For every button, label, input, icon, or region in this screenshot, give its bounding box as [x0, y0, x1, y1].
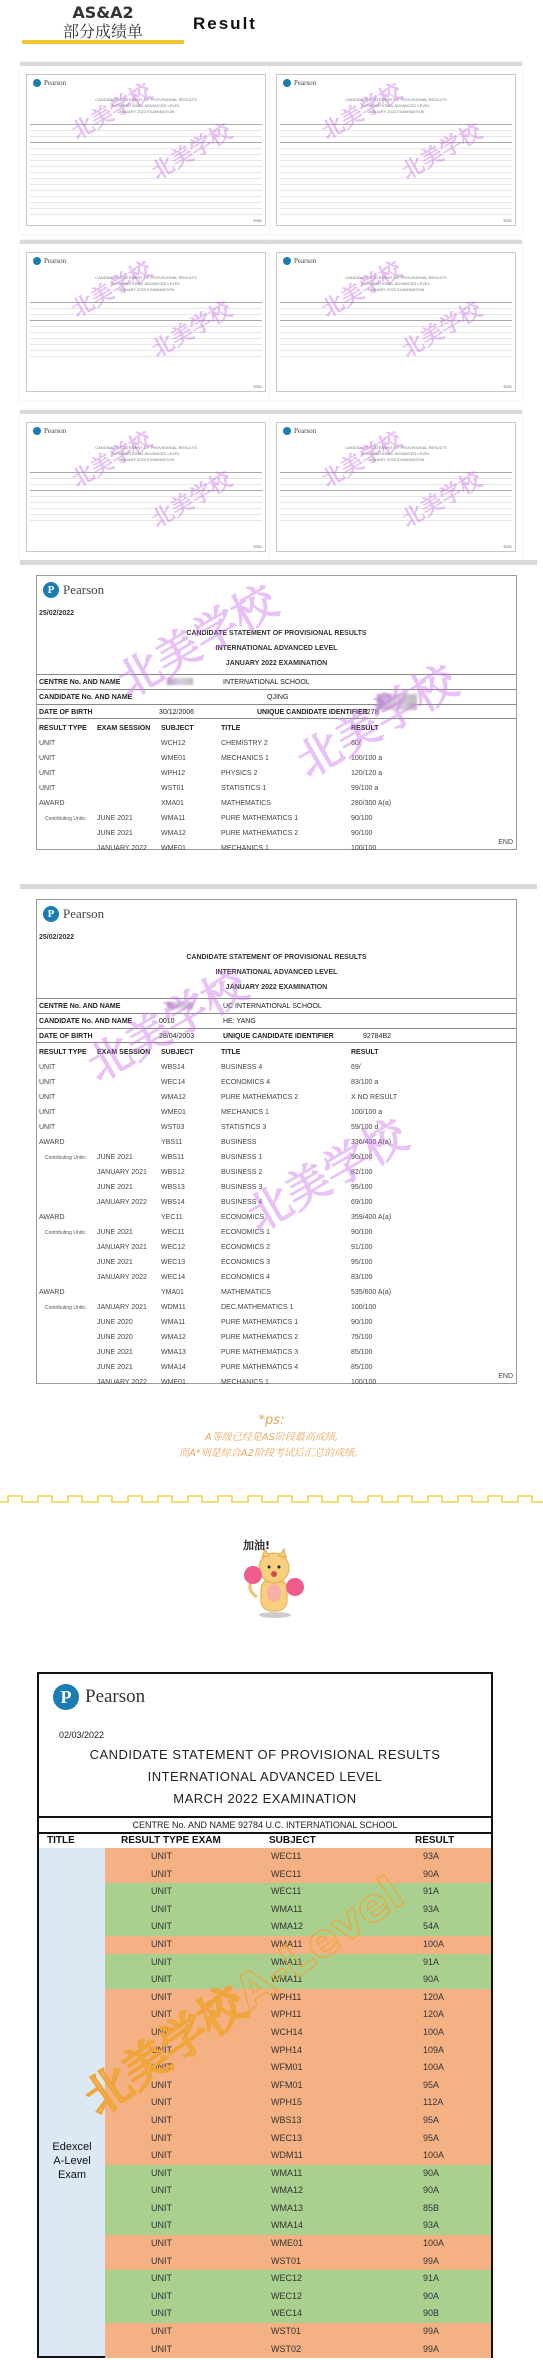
- pearson-logo: Pearson: [283, 427, 316, 435]
- pearson-logo: Pearson: [33, 427, 66, 435]
- result-label: Result: [193, 14, 257, 34]
- pearson-p-icon: [283, 427, 291, 435]
- statement-heading: CANDIDATE STATEMENT OF PROVISIONAL RESUL…: [37, 950, 516, 995]
- pearson-p-icon: P: [43, 906, 59, 922]
- table-row: UNITWEC1190A: [105, 1866, 491, 1884]
- certificate-thumbnail[interactable]: PearsonCANDIDATE STATEMENT OF PROVISIONA…: [270, 240, 522, 400]
- table-row: JANUARY 2021WBS12BUSINESS 282/100: [37, 1165, 399, 1180]
- certificate-1: P Pearson 25/02/2022 CANDIDATE STATEMENT…: [20, 560, 537, 860]
- statement-date: 02/03/2022: [59, 1730, 104, 1740]
- results-rows: UNITWEC1193AUNITWEC1190AUNITWEC1191AUNIT…: [105, 1848, 491, 2358]
- table-row: UNITWMA1385B: [105, 2200, 491, 2218]
- pearson-logo: Pearson: [283, 79, 316, 87]
- table-row: Contributing Units:JANUARY 2021WDM11DEC.…: [37, 1300, 399, 1315]
- table-row: UNITWEC14ECONOMICS 483/100 a: [37, 1075, 399, 1090]
- table-header-row: RESULT TYPEEXAM SESSIONSUBJECTTITLERESUL…: [37, 721, 393, 736]
- title-underline: [22, 40, 184, 44]
- table-row: UNITWEC1290A: [105, 2288, 491, 2306]
- table-row: JANUARY 2022WME01MECHANICS 1100/100: [37, 1375, 399, 1390]
- table-row: UNITWME01MECHANICS 1100/100 a: [37, 751, 393, 766]
- pearson-logo: Pearson: [33, 79, 66, 87]
- table-row: JANUARY 2022WBS14BUSINESS 469/100: [37, 1195, 399, 1210]
- table-row: UNITWDM11100A: [105, 2147, 491, 2165]
- statement-heading: CANDIDATE STATEMENT OF PROVISIONAL RESUL…: [39, 1744, 491, 1810]
- table-row: UNITWST0299A: [105, 2341, 491, 2359]
- centre-line: CENTRE No. AND NAME 92784 U.C. INTERNATI…: [37, 1816, 493, 1834]
- table-row: JUNE 2021WBS13BUSINESS 395/100: [37, 1180, 399, 1195]
- pearson-logo: Pearson: [283, 257, 316, 265]
- pearson-p-icon: P: [53, 1684, 79, 1710]
- table-row: UNITWEC1490B: [105, 2305, 491, 2323]
- pearson-logo: Pearson: [33, 257, 66, 265]
- candidate-info: CENTRE No. AND NAMEUC INTERNATIONAL SCHO…: [37, 998, 516, 1043]
- table-row: AWARDXMA01MATHEMATICS280/300 A(a): [37, 796, 393, 811]
- table-row: UNITWST0199A: [105, 2253, 491, 2271]
- table-row: UNITWMA1493A: [105, 2217, 491, 2235]
- section-title-line1: AS&A2: [22, 4, 184, 22]
- table-row: Contributing Units:JUNE 2021WEC11ECONOMI…: [37, 1225, 399, 1240]
- results-table: RESULT TYPEEXAM SESSIONSUBJECTTITLERESUL…: [37, 1045, 399, 1390]
- table-row: AWARDYMA01MATHEMATICS535/600 A(a): [37, 1285, 399, 1300]
- table-header-row: RESULT TYPEEXAM SESSIONSUBJECTTITLERESUL…: [37, 1045, 399, 1060]
- certificate-thumbnail[interactable]: PearsonCANDIDATE STATEMENT OF PROVISIONA…: [270, 410, 522, 560]
- table-row: UNITWBS1395A: [105, 2112, 491, 2130]
- section-title: AS&A2 部分成绩单: [22, 4, 184, 42]
- certificate-thumbnail[interactable]: PearsonCANDIDATE STATEMENT OF PROVISIONA…: [270, 62, 522, 234]
- table-row: UNITWMA1193A: [105, 1901, 491, 1919]
- section-title-line2: 部分成绩单: [22, 22, 184, 42]
- pearson-p-icon: [283, 79, 291, 87]
- table-row: UNITWST03STATISTICS 359/100 d: [37, 1120, 399, 1135]
- table-row: UNITWPH11120A: [105, 2006, 491, 2024]
- table-row: UNITWMA1191A: [105, 1954, 491, 1972]
- certificate-thumbnail[interactable]: PearsonCANDIDATE STATEMENT OF PROVISIONA…: [20, 62, 272, 234]
- table-row: Contributing Units:JUNE 2021WMA11PURE MA…: [37, 811, 393, 826]
- table-row: UNITWMA1190A: [105, 1971, 491, 1989]
- certificate-thumbnail[interactable]: PearsonCANDIDATE STATEMENT OF PROVISIONA…: [20, 240, 272, 400]
- pearson-p-icon: [283, 257, 291, 265]
- table-row: JUNE 2021WMA13PURE MATHEMATICS 385/100: [37, 1345, 399, 1360]
- table-row: UNITWEC1395A: [105, 2130, 491, 2148]
- table-row: UNITWMA11100A: [105, 1936, 491, 1954]
- table-row: UNITWME01MECHANICS 1100/100 a: [37, 1105, 399, 1120]
- table-row: JANUARY 2021WEC12ECONOMICS 291/100: [37, 1240, 399, 1255]
- pearson-logo: P Pearson: [53, 1684, 145, 1710]
- table-row: UNITWEC1193A: [105, 1848, 491, 1866]
- note: *ps: A等级已经是AS阶段最高成绩, 而A*则是综合A2阶段考试后汇总的成绩…: [0, 1412, 543, 1462]
- table-row: UNITWCH14100A: [105, 2024, 491, 2042]
- table-row: JUNE 2021WEC13ECONOMICS 395/100: [37, 1255, 399, 1270]
- candidate-info: CENTRE No. AND NAMEINTERNATIONAL SCHOOL …: [37, 674, 516, 719]
- table-row: UNITWBS14BUSINESS 469/: [37, 1060, 399, 1075]
- cheering-cat-icon: 加油!: [235, 1535, 310, 1620]
- statement-date: 25/02/2022: [39, 610, 74, 617]
- table-row: UNITWMA1254A: [105, 1918, 491, 1936]
- pearson-logo: P Pearson: [43, 906, 104, 922]
- table-row: AWARDYBS11BUSINESS336/400 A(a): [37, 1135, 399, 1150]
- table-row: UNITWPH12PHYSICS 2120/120 a: [37, 766, 393, 781]
- pearson-p-icon: [33, 257, 41, 265]
- column-headers: TITLE RESULT TYPE EXAM SUBJECT RESULT: [39, 1834, 491, 1848]
- table-row: UNITWPH15112A: [105, 2094, 491, 2112]
- certificate-thumbnail[interactable]: PearsonCANDIDATE STATEMENT OF PROVISIONA…: [20, 410, 272, 560]
- table-row: JUNE 2020WMA11PURE MATHEMATICS 190/100: [37, 1315, 399, 1330]
- table-row: UNITWFM0195A: [105, 2077, 491, 2095]
- pearson-logo: P Pearson: [43, 582, 104, 598]
- page-header: AS&A2 部分成绩单 Result: [0, 0, 543, 60]
- zigzag-divider: [0, 1494, 543, 1504]
- certificate-2: P Pearson 25/02/2022 CANDIDATE STATEMENT…: [20, 884, 537, 1394]
- table-row: AWARDYEC11ECONOMICS359/400 A(a): [37, 1210, 399, 1225]
- table-row: JANUARY 2022WEC14ECONOMICS 483/100: [37, 1270, 399, 1285]
- statement-date: 25/02/2022: [39, 934, 74, 941]
- table-row: UNITWEC1191A: [105, 1883, 491, 1901]
- pearson-p-icon: [33, 427, 41, 435]
- table-row: JUNE 2021WMA12PURE MATHEMATICS 290/100: [37, 826, 393, 841]
- table-row: UNITWME01100A: [105, 2235, 491, 2253]
- table-row: UNITWCH12CHEMISTRY 260/: [37, 736, 393, 751]
- table-row: UNITWPH11120A: [105, 1989, 491, 2007]
- table-row: JUNE 2020WMA12PURE MATHEMATICS 275/100: [37, 1330, 399, 1345]
- table-row: UNITWFM01100A: [105, 2059, 491, 2077]
- results-table: RESULT TYPEEXAM SESSIONSUBJECTTITLERESUL…: [37, 721, 393, 856]
- table-row: UNITWEC1291A: [105, 2270, 491, 2288]
- statement-heading: CANDIDATE STATEMENT OF PROVISIONAL RESUL…: [37, 626, 516, 671]
- pearson-p-icon: [33, 79, 41, 87]
- pearson-p-icon: P: [43, 582, 59, 598]
- table-row: JUNE 2021WMA14PURE MATHEMATICS 485/100: [37, 1360, 399, 1375]
- table-row: UNITWMA12PURE MATHEMATICS 2X NO RESULT: [37, 1090, 399, 1105]
- table-row: UNITWST0199A: [105, 2323, 491, 2341]
- title-column: Edexcel A-Level Exam: [39, 1848, 105, 2356]
- table-row: UNITWMA1190A: [105, 2165, 491, 2183]
- table-row: UNITWST01STATISTICS 199/100 a: [37, 781, 393, 796]
- final-results-statement: P Pearson 02/03/2022 CANDIDATE STATEMENT…: [37, 1672, 493, 2358]
- table-row: JANUARY 2022WME01MECHANICS 1100/100: [37, 841, 393, 856]
- table-row: UNITWMA1290A: [105, 2182, 491, 2200]
- exam-title: Edexcel A-Level Exam: [39, 2140, 105, 2182]
- table-row: Contributing Units:JUNE 2021WBS11BUSINES…: [37, 1150, 399, 1165]
- table-row: UNITWPH14109A: [105, 2042, 491, 2060]
